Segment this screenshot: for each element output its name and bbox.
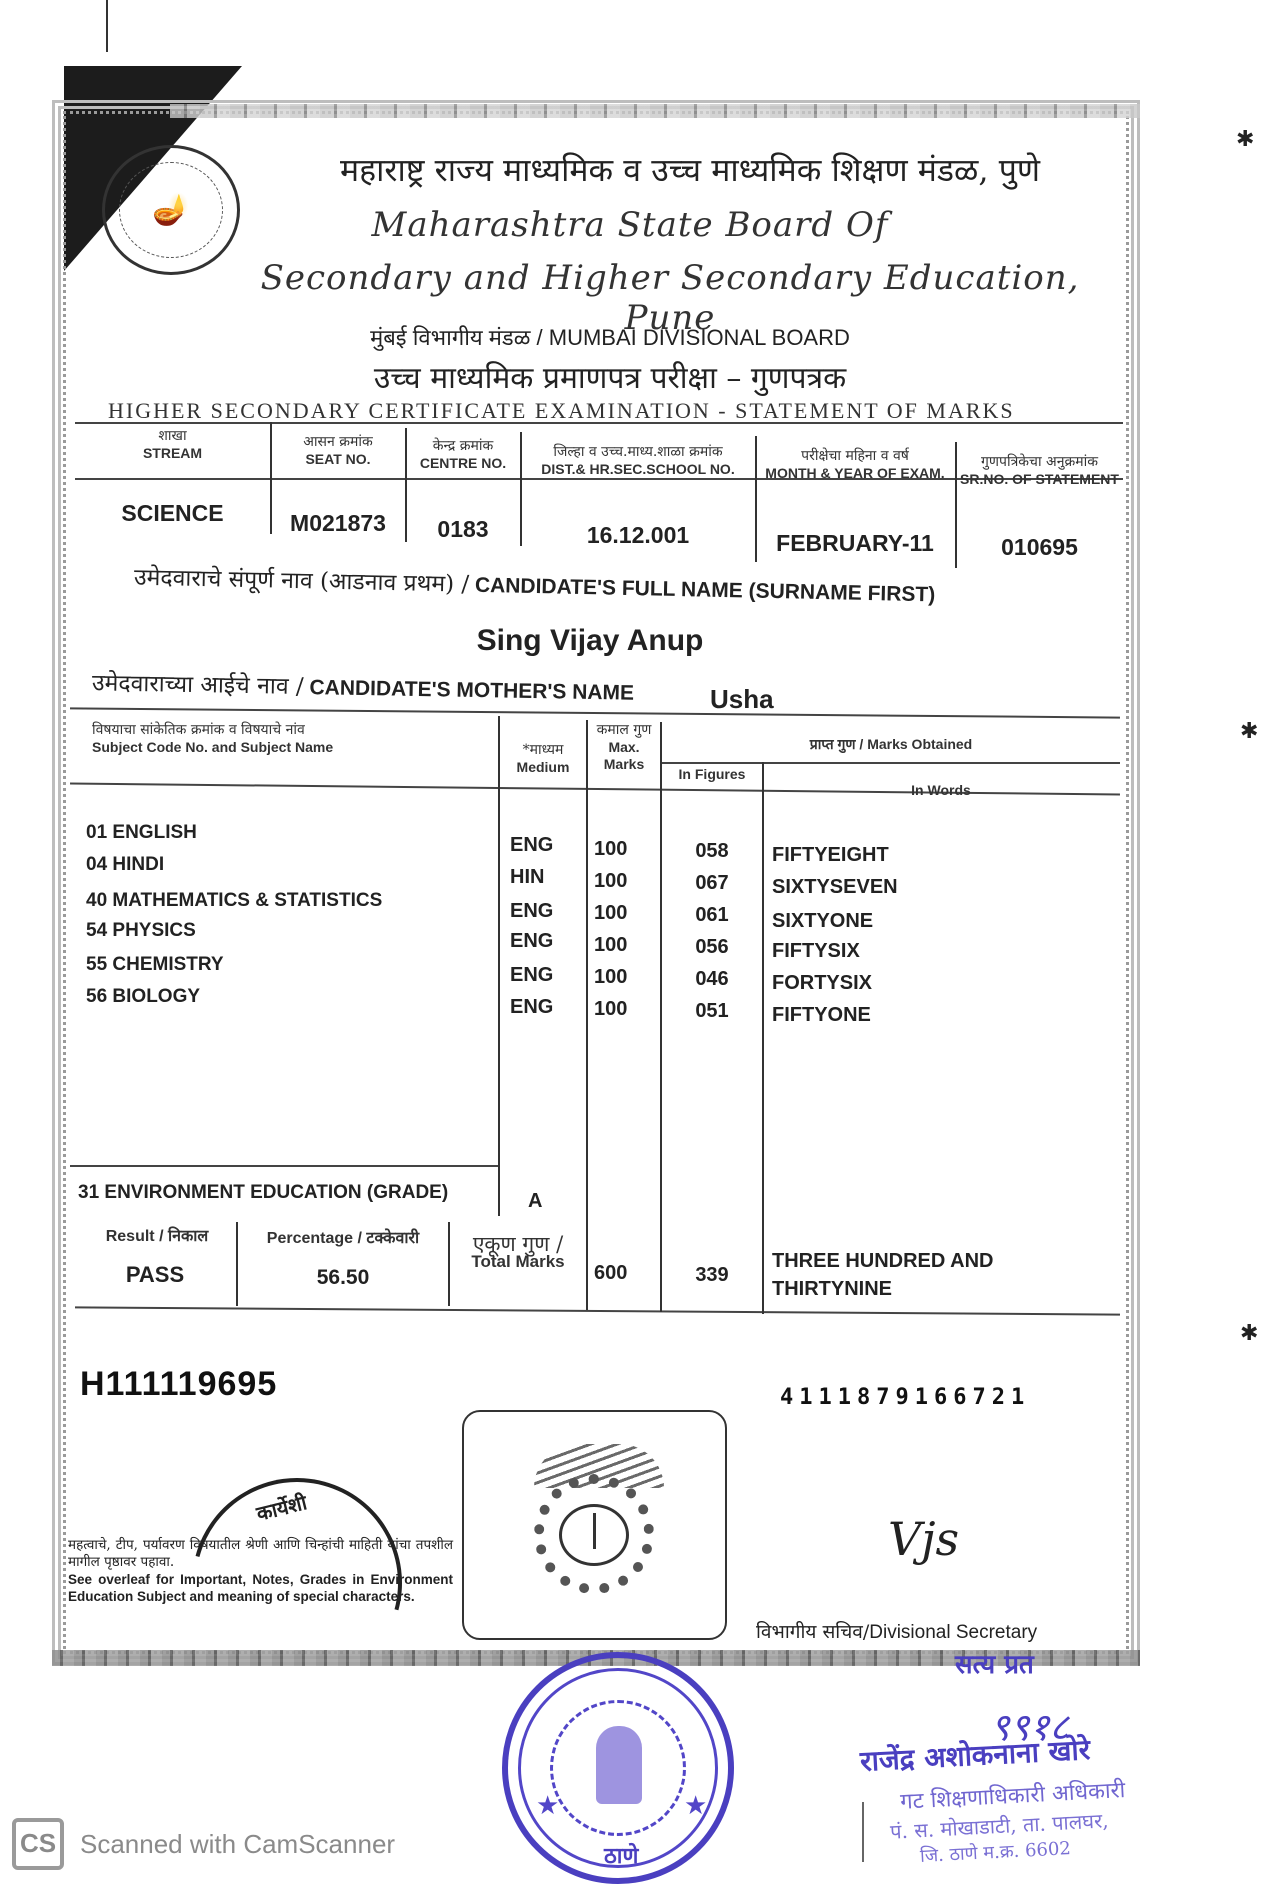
secretary-signature: Vjs — [888, 1512, 959, 1566]
header-medium: *माध्यमMedium — [500, 742, 586, 776]
star-icon: ★ — [684, 1790, 707, 1821]
board-title-marathi: महाराष्ट्र राज्य माध्यमिक व उच्च माध्यमि… — [280, 148, 1100, 191]
header-subject: विषयाचा सांकेतिक क्रमांक व विषयाचे नांवS… — [92, 722, 492, 756]
env-subject-name: 31 ENVIRONMENT EDUCATION (GRADE) — [78, 1182, 448, 1204]
result-col-divider — [236, 1222, 238, 1306]
header-dist-school-no: जिल्हा व उच्च.माध्य.शाळा क्रमांकDIST.& H… — [522, 444, 754, 478]
month-year-value: FEBRUARY-11 — [757, 530, 953, 557]
header-in-figures: In Figures — [664, 766, 760, 783]
camscanner-logo-icon: CS — [12, 1818, 64, 1870]
margin-star-icon: ✱ — [1236, 126, 1254, 152]
total-max-value: 600 — [594, 1262, 627, 1285]
mother-name-value: Usha — [710, 684, 774, 715]
margin-star-icon: ✱ — [1240, 718, 1258, 744]
exam-title-english: HIGHER SECONDARY CERTIFICATE EXAMINATION… — [108, 398, 1108, 424]
dist-school-no-value: 16.12.001 — [522, 522, 754, 549]
attestation-officer-name: राजेंद्र अशोकनाना खोरे — [859, 1730, 1091, 1780]
border-top-pattern — [170, 104, 1140, 118]
total-marks-label: एकूण गुण /Total Marks — [452, 1236, 584, 1270]
pen-mark — [106, 0, 108, 52]
marks-col-divider — [498, 716, 500, 1216]
header-month-year: परीक्षेचा महिना व वर्षMONTH & YEAR OF EX… — [757, 448, 953, 482]
notes-text: महत्वाचे, टीप, पर्यावरण विषयातील श्रेणी … — [68, 1537, 453, 1605]
star-icon: ★ — [536, 1790, 559, 1821]
divisional-secretary-label: विभागीय सचिव/Divisional Secretary — [756, 1618, 1037, 1644]
centre-no-value: 0183 — [407, 516, 519, 543]
marks-figures-value: 046 — [664, 968, 760, 991]
marks-words-value: FIFTYONE — [772, 1004, 871, 1027]
header-in-words: In Words — [764, 782, 1118, 799]
marks-obtained-subline — [660, 762, 1120, 764]
max-marks-value: 100 — [594, 934, 627, 957]
barcode-number: 4111879166721 — [780, 1385, 1030, 1410]
header-stream: शाखाSTREAM — [80, 428, 265, 462]
env-row-top-line — [70, 1165, 500, 1167]
result-value: PASS — [80, 1262, 230, 1288]
lamp-emblem-icon: 🪔 — [152, 193, 189, 228]
result-col-divider — [448, 1222, 450, 1306]
stamp-bottom-text: ठाणे — [604, 1840, 638, 1870]
medium-value: ENG — [510, 964, 553, 987]
total-obtained-value: 339 — [664, 1264, 760, 1287]
marks-figures-value: 061 — [664, 904, 760, 927]
marks-figures-value: 056 — [664, 936, 760, 959]
medium-value: ENG — [510, 930, 553, 953]
medium-value: HIN — [510, 866, 544, 889]
marks-words-value: FIFTYEIGHT — [772, 844, 889, 867]
result-label: Result / निकाल — [80, 1228, 234, 1245]
header-sr-no: गुणपत्रिकेचा अनुक्रमांकSR.NO. OF STATEME… — [957, 454, 1122, 488]
marks-col-divider — [586, 720, 588, 1310]
attestation-round-stamp: ★ ★ ठाणे — [502, 1652, 734, 1884]
marks-col-divider — [660, 722, 662, 1312]
max-marks-value: 100 — [594, 998, 627, 1021]
subject-name: 40 MATHEMATICS & STATISTICS — [86, 890, 382, 912]
marks-words-value: SIXTYONE — [772, 910, 873, 933]
header-seat-no: आसन क्रमांकSEAT NO. — [272, 434, 404, 468]
true-copy-stamp: सत्य प्रत — [955, 1645, 1034, 1681]
info-table-top-line — [75, 422, 1123, 424]
seat-no-value: M021873 — [272, 510, 404, 537]
sr-no-value: 010695 — [957, 534, 1122, 561]
medium-value: ENG — [510, 996, 553, 1019]
percentage-value: 56.50 — [240, 1266, 446, 1290]
attestation-bar — [862, 1802, 864, 1862]
ashoka-emblem-icon — [596, 1726, 642, 1804]
subject-name: 01 ENGLISH — [86, 822, 197, 844]
stream-value: SCIENCE — [80, 500, 265, 527]
marks-words-value: FORTYSIX — [772, 972, 872, 995]
margin-star-icon: ✱ — [1240, 1320, 1258, 1346]
total-words-line2: THIRTYNINE — [772, 1278, 892, 1301]
embossed-seal-box — [462, 1410, 727, 1640]
header-marks-obtained: प्राप्त गुण / Marks Obtained — [664, 736, 1118, 753]
medium-value: ENG — [510, 900, 553, 923]
header-max-marks: कमाल गुणMax. Marks — [588, 722, 660, 773]
max-marks-value: 100 — [594, 902, 627, 925]
marks-figures-value: 067 — [664, 872, 760, 895]
marks-words-value: FIFTYSIX — [772, 940, 860, 963]
max-marks-value: 100 — [594, 966, 627, 989]
marks-figures-value: 051 — [664, 1000, 760, 1023]
board-title-english-1: Maharashtra State Board Of — [280, 205, 980, 245]
marks-words-value: SIXTYSEVEN — [772, 876, 898, 899]
medium-value: ENG — [510, 834, 553, 857]
exam-title-marathi: उच्च माध्यमिक प्रमाणपत्र परीक्षा – गुणपत… — [280, 356, 940, 397]
subject-name: 54 PHYSICS — [86, 920, 196, 942]
certificate-number: H111119695 — [80, 1365, 277, 1404]
division-title: मुंबई विभागीय मंडळ / MUMBAI DIVISIONAL B… — [320, 322, 900, 352]
marks-col-divider — [762, 762, 764, 1314]
max-marks-value: 100 — [594, 870, 627, 893]
candidate-full-name: Sing Vijay Anup — [360, 624, 820, 658]
board-seal-logo: 🪔 — [102, 145, 240, 275]
marks-figures-value: 058 — [664, 840, 760, 863]
subject-name: 55 CHEMISTRY — [86, 954, 224, 976]
camscanner-watermark: Scanned with CamScanner — [80, 1829, 395, 1860]
lamp-emblem-icon — [559, 1504, 629, 1566]
header-centre-no: केन्द्र क्रमांकCENTRE NO. — [407, 438, 519, 472]
total-words-line1: THREE HUNDRED AND — [772, 1250, 993, 1273]
percentage-label: Percentage / टक्केवारी — [240, 1230, 446, 1247]
max-marks-value: 100 — [594, 838, 627, 861]
subject-name: 56 BIOLOGY — [86, 986, 200, 1008]
subject-name: 04 HINDI — [86, 854, 164, 876]
env-grade-value: A — [528, 1190, 542, 1213]
